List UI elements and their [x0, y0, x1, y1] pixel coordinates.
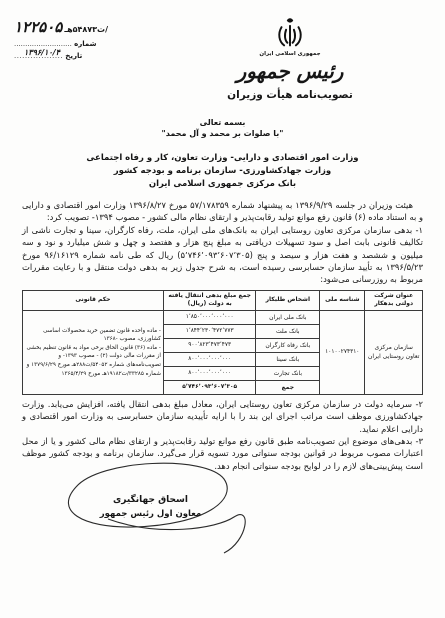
- iran-emblem-icon: [277, 16, 303, 50]
- amount-cell: ۸۰۰٬۰۰۰٬۰۰۰٬۰۰۰: [163, 352, 256, 366]
- amount-cell: ۱٬۸۴۴٬۲۳۰٬۴۷۲٬۷۷۳: [163, 324, 256, 338]
- number-label: شماره: [74, 40, 96, 48]
- header-national-id: شناسه ملی: [320, 290, 365, 310]
- debt-transfer-table: عنوان شرکت دولتی بدهکار شناسه ملی اشخاص …: [22, 290, 423, 395]
- header-amount: جمع مبلغ بدهی انتقال یافته به دولت (ریال…: [163, 290, 256, 310]
- signer-title: معاون اول رئیس جمهور: [38, 509, 263, 519]
- document-type-title: تصویب‌نامه هیأت وزیران: [215, 89, 365, 101]
- total-amount-cell: ۵٬۷۴۶٬۰۹۳٬۶۰۷٬۳۰۵: [163, 380, 256, 394]
- addressees: وزارت امور اقتصادی و دارایی- وزارت تعاون…: [22, 152, 423, 191]
- item-1-paragraph: ۱- بدهی سازمان مرکزی تعاون روستایی ایران…: [22, 224, 423, 286]
- document-page: ۱۲۲۵۰۵ /ت۵۴۸۷۳هـ شماره .................…: [0, 0, 445, 618]
- signer-name: اسحاق جهانگیری: [38, 495, 263, 505]
- salavat: "با صلوات بر محمد و آل محمد": [22, 129, 423, 138]
- handwritten-date: ۱۳۹۶/۱۰/۴: [24, 48, 60, 57]
- amount-cell: ۹۰۰٬۸۲۳٬۴۷۳٬۴۷۳: [163, 338, 256, 352]
- creditor-cell: بانک تجارت: [256, 366, 320, 380]
- resolution-number-suffix: /ت۵۴۸۷۳هـ: [64, 25, 108, 34]
- preamble-paragraph: هیئت وزیران در جلسه ۱۳۹۶/۹/۲۹ به پیشنهاد…: [22, 199, 423, 224]
- number-field: شماره ..........................: [14, 40, 164, 48]
- creditor-cell: بانک ملت: [256, 324, 320, 338]
- country-name: جمهوری اسلامی ایران: [215, 51, 365, 57]
- document-body: بسمه تعالی "با صلوات بر محمد و آل محمد" …: [22, 118, 423, 472]
- besmeleh: بسمه تعالی: [22, 118, 423, 127]
- addressee-line: وزارت امور اقتصادی و دارایی- وزارت تعاون…: [22, 152, 423, 165]
- table-row: سازمان مرکزی تعاون روستایی ایران ۱۰۱۰۰۲۷…: [23, 310, 423, 324]
- debtor-company-cell: سازمان مرکزی تعاون روستایی ایران: [365, 310, 423, 394]
- amount-cell: ۱٬۸۵۰٬۰۰۰٬۰۰۰٬۰۰۰: [163, 310, 256, 324]
- total-label-cell: جمع: [256, 380, 320, 394]
- creditor-cell: بانک رفاه کارگران: [256, 338, 320, 352]
- signature-block: اسحاق جهانگیری معاون اول رئیس جمهور: [38, 453, 263, 568]
- legal-basis-cell: - ماده واحده قانون تضمین خرید محصولات اس…: [23, 310, 164, 394]
- addressee-line: وزارت جهادکشاورزی- سازمان برنامه و بودجه…: [22, 165, 423, 178]
- amount-cell: ۸۰۰٬۰۰۰٬۰۰۰٬۰۰۰: [163, 366, 256, 380]
- header-legal-basis: حکم قانونی: [23, 290, 164, 310]
- date-label: تاریخ: [65, 52, 82, 60]
- resolution-number: ۱۲۲۵۰۵ /ت۵۴۸۷۳هـ: [14, 18, 164, 36]
- registration-stamp: ۱۲۲۵۰۵ /ت۵۴۸۷۳هـ شماره .................…: [14, 18, 164, 60]
- addressee-line: بانک مرکزی جمهوری اسلامی ایران: [22, 178, 423, 191]
- header-debtor-company: عنوان شرکت دولتی بدهکار: [365, 290, 423, 310]
- resolution-number-main: ۱۲۲۵۰۵: [14, 18, 62, 36]
- table-header-row: عنوان شرکت دولتی بدهکار شناسه ملی اشخاص …: [23, 290, 423, 310]
- creditor-cell: بانک ملی ایران: [256, 310, 320, 324]
- national-id-cell: ۱۰۱۰۰۲۷۴۳۱۰: [320, 310, 365, 394]
- president-calligraphy: رئیس جمهور: [215, 59, 365, 83]
- header-creditors: اشخاص طلبکار: [256, 290, 320, 310]
- creditor-cell: بانک سینا: [256, 352, 320, 366]
- letterhead: جمهوری اسلامی ایران رئیس جمهور تصویب‌نام…: [215, 16, 365, 101]
- number-dots: ..........................: [14, 40, 72, 48]
- date-field: تاریخ .................. ۱۳۹۶/۱۰/۴: [14, 52, 164, 60]
- item-2-paragraph: ۲- سرمایه دولت در سازمان مرکزی تعاون روس…: [22, 398, 423, 435]
